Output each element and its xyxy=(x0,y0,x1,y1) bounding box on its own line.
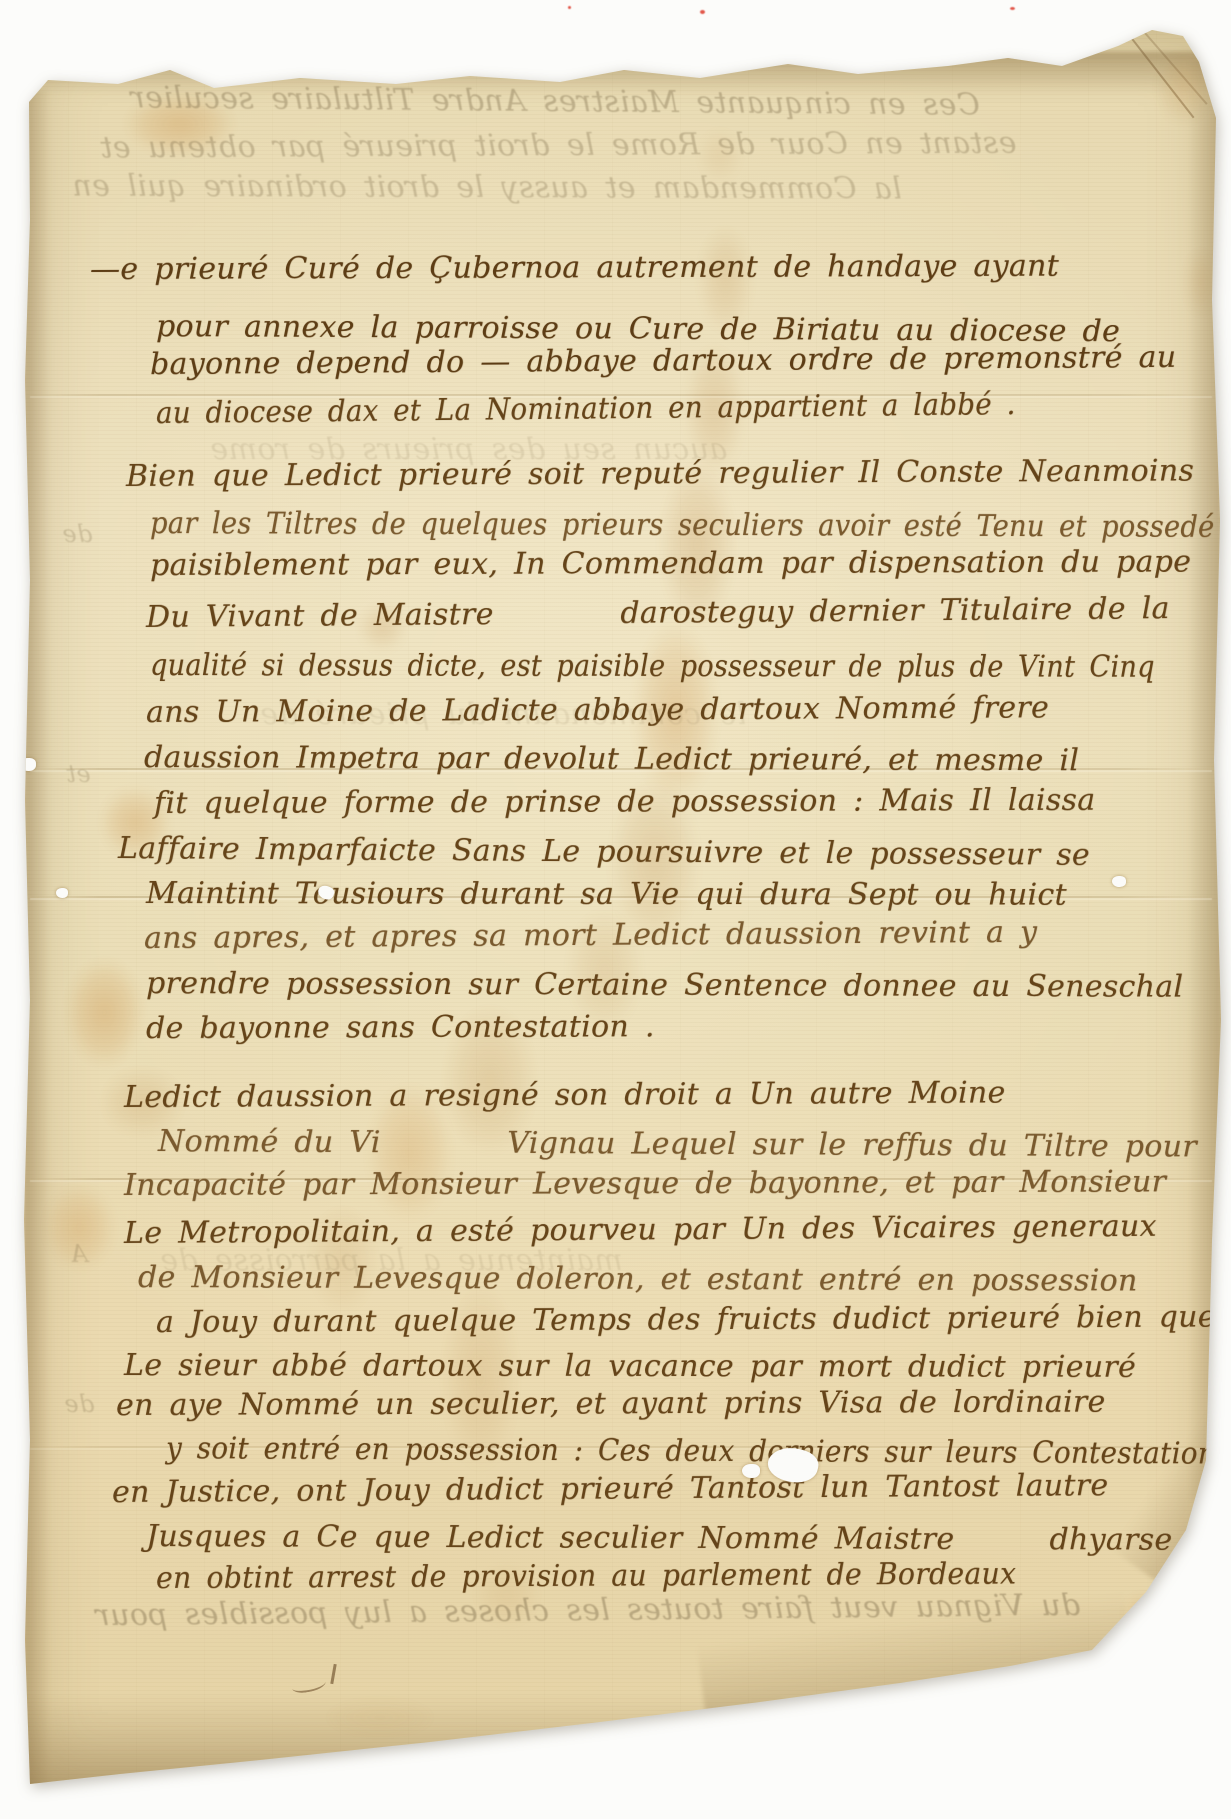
manuscript-line: ans Un Moine de Ladicte abbaye dartoux N… xyxy=(146,690,1049,730)
stain xyxy=(300,1690,460,1745)
bleedthrough-line: Ces en cinquante Maistres Andre Tiltulai… xyxy=(130,80,980,122)
manuscript-line: qualité si dessus dicte, est paisible po… xyxy=(150,648,1155,685)
scanned-manuscript-page: Ces en cinquante Maistres Andre Tiltulai… xyxy=(0,0,1231,1819)
bleedthrough-line: la Commendam et aussy le droit ordinaire… xyxy=(72,169,902,207)
paper-hole xyxy=(56,888,68,898)
left-edge-shading xyxy=(24,90,50,1790)
manuscript-line: Le sieur abbé dartoux sur la vacance par… xyxy=(124,1348,1136,1385)
manuscript-line: Le Metropolitain, a esté pourveu par Un … xyxy=(124,1209,1157,1251)
manuscript-line: par les Tiltres de quelques prieurs secu… xyxy=(150,506,1215,545)
stain xyxy=(1146,38,1222,138)
manuscript-line: Laffaire Imparfaicte Sans Le poursuivre … xyxy=(118,831,1090,873)
stain xyxy=(1178,235,1223,330)
paper-hole xyxy=(20,758,36,771)
manuscript-line: a Jouy durant quelque Temps des fruicts … xyxy=(156,1299,1216,1340)
manuscript-line: fit quelque forme de prinse de possessio… xyxy=(154,783,1096,821)
manuscript-line: en aye Nommé un seculier, et ayant prins… xyxy=(116,1385,1106,1423)
manuscript-line: Jusques a Ce que Ledict seculier Nommé M… xyxy=(146,1519,1173,1558)
paper-hole xyxy=(1112,876,1126,887)
manuscript-line: Nommé du Vi Vignau Lequel sur le reffus … xyxy=(158,1124,1197,1164)
manuscript-line: Maintint Tousiours durant sa Vie qui dur… xyxy=(146,876,1067,913)
manuscript-line: de bayonne sans Contestation . xyxy=(146,1009,655,1046)
manuscript-line: Ledict daussion a resigné son droit a Un… xyxy=(124,1075,1006,1115)
manuscript-line: paisiblement par eux, In Commendam par d… xyxy=(150,544,1191,583)
manuscript-line: y soit entré en possession : Ces deux de… xyxy=(166,1431,1216,1471)
bleedthrough-line: estant en Cour de Rome le droit prieuré … xyxy=(100,126,1017,166)
manuscript-line: ans apres, et apres sa mort Ledict dauss… xyxy=(144,915,1037,956)
manuscript-paper: Ces en cinquante Maistres Andre Tiltulai… xyxy=(0,0,1231,1819)
manuscript-line: Incapacité par Monsieur Levesque de bayo… xyxy=(124,1164,1166,1203)
bleedthrough-fragment: A xyxy=(70,1240,88,1268)
manuscript-line: daussion Impetra par devolut Ledict prie… xyxy=(144,740,1079,778)
manuscript-line: en Justice, ont Jouy dudict prieuré Tant… xyxy=(112,1468,1109,1510)
bleedthrough-fragment: de xyxy=(62,520,92,548)
stain xyxy=(1118,1588,1168,1638)
manuscript-line: prendre possession sur Certaine Sentence… xyxy=(146,966,1183,1005)
manuscript-line: de Monsieur Levesque doleron, et estant … xyxy=(138,1260,1138,1298)
paper-shadow-wrap: Ces en cinquante Maistres Andre Tiltulai… xyxy=(0,0,1231,1819)
paper-tear xyxy=(742,1464,760,1478)
manuscript-line: Bien que Ledict prieuré soit reputé regu… xyxy=(126,453,1194,494)
bleedthrough-fragment: et xyxy=(66,760,91,788)
manuscript-line: —e prieuré Curé de Çubernoa autrement de… xyxy=(90,249,1059,287)
manuscript-line: bayonne depend do — abbaye dartoux ordre… xyxy=(150,340,1177,382)
manuscript-line: en obtint arrest de provision au parleme… xyxy=(156,1556,1016,1596)
bleedthrough-fragment: de xyxy=(64,1390,94,1418)
